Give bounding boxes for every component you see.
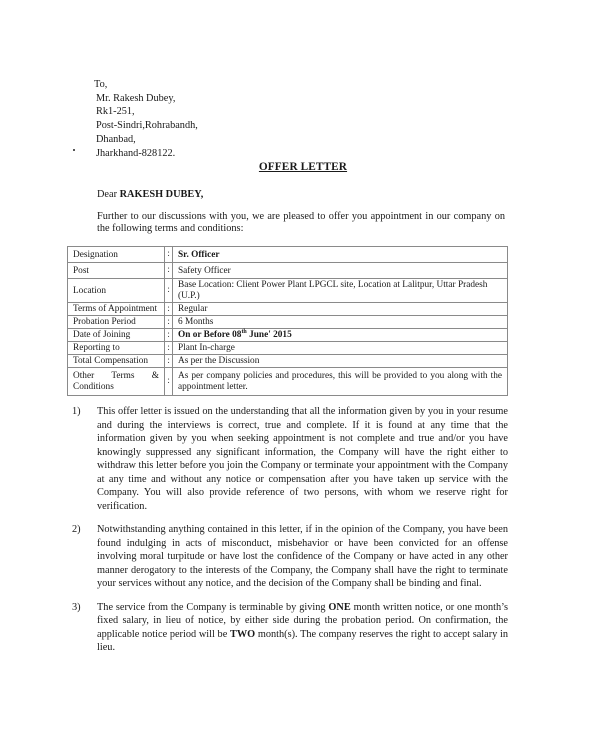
term-value: Plant In-charge	[173, 342, 508, 355]
term-separator: :	[165, 355, 173, 368]
term-key: Location	[68, 279, 165, 303]
table-row: Post : Safety Officer	[68, 263, 508, 279]
stray-mark	[73, 149, 75, 151]
term-value: Sr. Officer	[173, 247, 508, 263]
clause-item: 2) Notwithstanding anything contained in…	[72, 523, 508, 591]
term-separator: :	[165, 303, 173, 316]
offer-letter-page: To, Mr. Rakesh Dubey, Rk1-251, Post-Sind…	[0, 0, 600, 730]
table-row: Probation Period : 6 Months	[68, 316, 508, 329]
document-title: OFFER LETTER	[0, 161, 600, 175]
term-value: Base Location: Client Power Plant LPGCL …	[173, 279, 508, 303]
term-separator: :	[165, 247, 173, 263]
term-key: Designation	[68, 247, 165, 263]
address-line: To,	[94, 78, 198, 92]
joining-date-prefix: On or Before 08	[178, 330, 241, 340]
address-line: Dhanbad,	[96, 133, 198, 147]
salutation-prefix: Dear	[97, 189, 120, 200]
term-value: Safety Officer	[173, 263, 508, 279]
clause-number: 2)	[72, 523, 97, 591]
notice-probation-emphasis: ONE	[328, 602, 350, 613]
clause-number: 3)	[72, 601, 97, 655]
term-key-line1: Other Terms &	[73, 371, 159, 382]
term-value: On or Before 08th June' 2015	[173, 329, 508, 342]
address-line: Mr. Rakesh Dubey,	[96, 92, 198, 106]
term-value: Regular	[173, 303, 508, 316]
term-value: As per company policies and procedures, …	[173, 368, 508, 396]
table-row: Other Terms & Conditions : As per compan…	[68, 368, 508, 396]
term-separator: :	[165, 263, 173, 279]
term-separator: :	[165, 316, 173, 329]
salutation: Dear RAKESH DUBEY,	[97, 188, 203, 202]
clause-number: 1)	[72, 405, 97, 513]
recipient-address: To, Mr. Rakesh Dubey, Rk1-251, Post-Sind…	[96, 78, 198, 160]
term-value: As per the Discussion	[173, 355, 508, 368]
clause-text: The service from the Company is terminab…	[97, 601, 508, 655]
term-separator: :	[165, 368, 173, 396]
clause-text: Notwithstanding anything contained in th…	[97, 523, 508, 591]
table-row: Reporting to : Plant In-charge	[68, 342, 508, 355]
term-key: Total Compensation	[68, 355, 165, 368]
address-line: Jharkhand-828122.	[96, 147, 198, 161]
intro-paragraph: Further to our discussions with you, we …	[97, 211, 505, 235]
table-row: Terms of Appointment : Regular	[68, 303, 508, 316]
table-row: Designation : Sr. Officer	[68, 247, 508, 263]
term-key: Reporting to	[68, 342, 165, 355]
recipient-name: RAKESH DUBEY,	[120, 189, 204, 200]
address-line: Rk1-251,	[96, 105, 198, 119]
clause-item: 1) This offer letter is issued on the un…	[72, 405, 508, 513]
table-row: Total Compensation : As per the Discussi…	[68, 355, 508, 368]
notice-confirmed-emphasis: TWO	[230, 629, 255, 640]
terms-table: Designation : Sr. Officer Post : Safety …	[67, 246, 508, 396]
clauses-list: 1) This offer letter is issued on the un…	[72, 405, 508, 665]
joining-date-suffix: June' 2015	[247, 330, 292, 340]
term-key: Probation Period	[68, 316, 165, 329]
term-separator: :	[165, 342, 173, 355]
address-line: Post-Sindri,Rohrabandh,	[96, 119, 198, 133]
term-separator: :	[165, 329, 173, 342]
term-key: Post	[68, 263, 165, 279]
term-value: 6 Months	[173, 316, 508, 329]
term-key: Terms of Appointment	[68, 303, 165, 316]
table-row: Location : Base Location: Client Power P…	[68, 279, 508, 303]
clause-text: This offer letter is issued on the under…	[97, 405, 508, 513]
term-key-line2: Conditions	[73, 382, 159, 393]
term-key: Other Terms & Conditions	[68, 368, 165, 396]
clause-item: 3) The service from the Company is termi…	[72, 601, 508, 655]
term-separator: :	[165, 279, 173, 303]
table-row: Date of Joining : On or Before 08th June…	[68, 329, 508, 342]
term-key: Date of Joining	[68, 329, 165, 342]
